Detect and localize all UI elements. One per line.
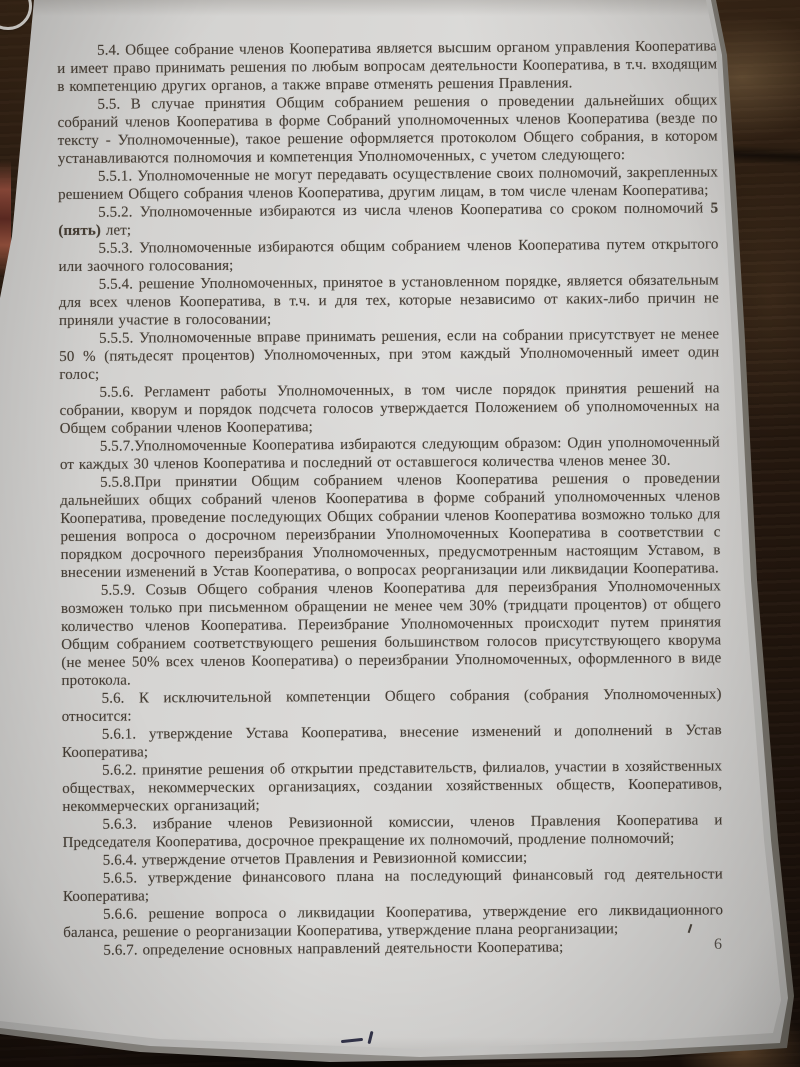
paragraph: 5.6. К исключительной компетенции Общего… [62,685,722,726]
text-segment: 5.6.5. утверждение финансового плана на … [63,866,723,905]
text-segment: 5.5.7.Уполномоченные Кооператива избираю… [60,434,720,473]
text-segment: 5.5. В случае принятия Общим собранием р… [58,92,718,167]
paragraph: 5.5. В случае принятия Общим собранием р… [57,91,717,168]
paragraph: 5.6.3. избрание членов Ревизионной комис… [62,811,722,852]
text-segment: 5.6. К исключительной компетенции Общего… [62,686,722,725]
text-segment: 5.5.9. Созыв Общего собрания членов Кооп… [61,578,721,689]
text-segment: 5.5.1. Уполномоченные не могут передават… [58,164,718,203]
text-segment: 5.5.4. решение Уполномоченных, принятое … [59,272,719,329]
text-segment: 5.4. Общее собрание членов Кооператива я… [57,38,717,95]
text-segment: 5.6.2. принятие решения об открытии пред… [62,758,722,815]
photographed-document-page: 5.4. Общее собрание членов Кооператива я… [0,0,800,1067]
text-segment: 5.5.5. Уполномоченные вправе принимать р… [59,326,719,383]
paragraph: 5.6.7. определение основных направлений … [63,937,723,960]
text-segment: 5.5.6. Регламент работы Уполномоченных, … [60,380,720,437]
text-segment: 5.5.8.При принятии Общим собранием члено… [60,470,720,581]
paragraph: 5.6.1. утверждение Устава Кооператива, в… [62,721,722,762]
text-segment: 5.6.7. определение основных направлений … [103,939,563,958]
paragraph: 5.5.5. Уполномоченные вправе принимать р… [59,325,719,384]
paragraph: 5.4. Общее собрание членов Кооператива я… [57,37,717,96]
text-segment: 5.6.4. утверждение отчетов Правления и Р… [103,850,528,869]
paragraph: 5.6.5. утверждение финансового плана на … [63,865,723,906]
paragraph: 5.5.1. Уполномоченные не могут передават… [58,163,718,204]
text-segment: 5.6.1. утверждение Устава Кооператива, в… [62,722,722,761]
text-segment: лет; [101,222,131,238]
text-segment: 5.6.3. избрание членов Ревизионной комис… [63,812,723,851]
paragraph: 5.5.9. Созыв Общего собрания членов Кооп… [61,577,722,690]
paragraph: 5.6.2. принятие решения об открытии пред… [62,757,722,816]
text-segment: 5.5.3. Уполномоченные избираются общим с… [59,236,719,275]
paragraph: 5.5.4. решение Уполномоченных, принятое … [59,271,719,330]
page-number: 6 [714,936,722,954]
text-segment: 5.5.2. Уполномоченные избираются из числ… [98,200,710,220]
paper-sheet: 5.4. Общее собрание членов Кооператива я… [0,0,800,1067]
paragraph: 5.5.8.При принятии Общим собранием члено… [60,469,721,582]
paragraph: 5.5.2. Уполномоченные избираются из числ… [58,199,718,240]
paragraph: 5.5.6. Регламент работы Уполномоченных, … [59,379,719,438]
text-segment: 5.6.6. решение вопроса о ликвидации Кооп… [63,902,723,941]
document-text: 5.4. Общее собрание членов Кооператива я… [57,37,723,960]
paragraph: 5.5.7.Уполномоченные Кооператива избираю… [60,433,720,474]
paragraph: 5.5.3. Уполномоченные избираются общим с… [58,235,718,276]
paragraph: 5.6.6. решение вопроса о ликвидации Кооп… [63,901,723,942]
